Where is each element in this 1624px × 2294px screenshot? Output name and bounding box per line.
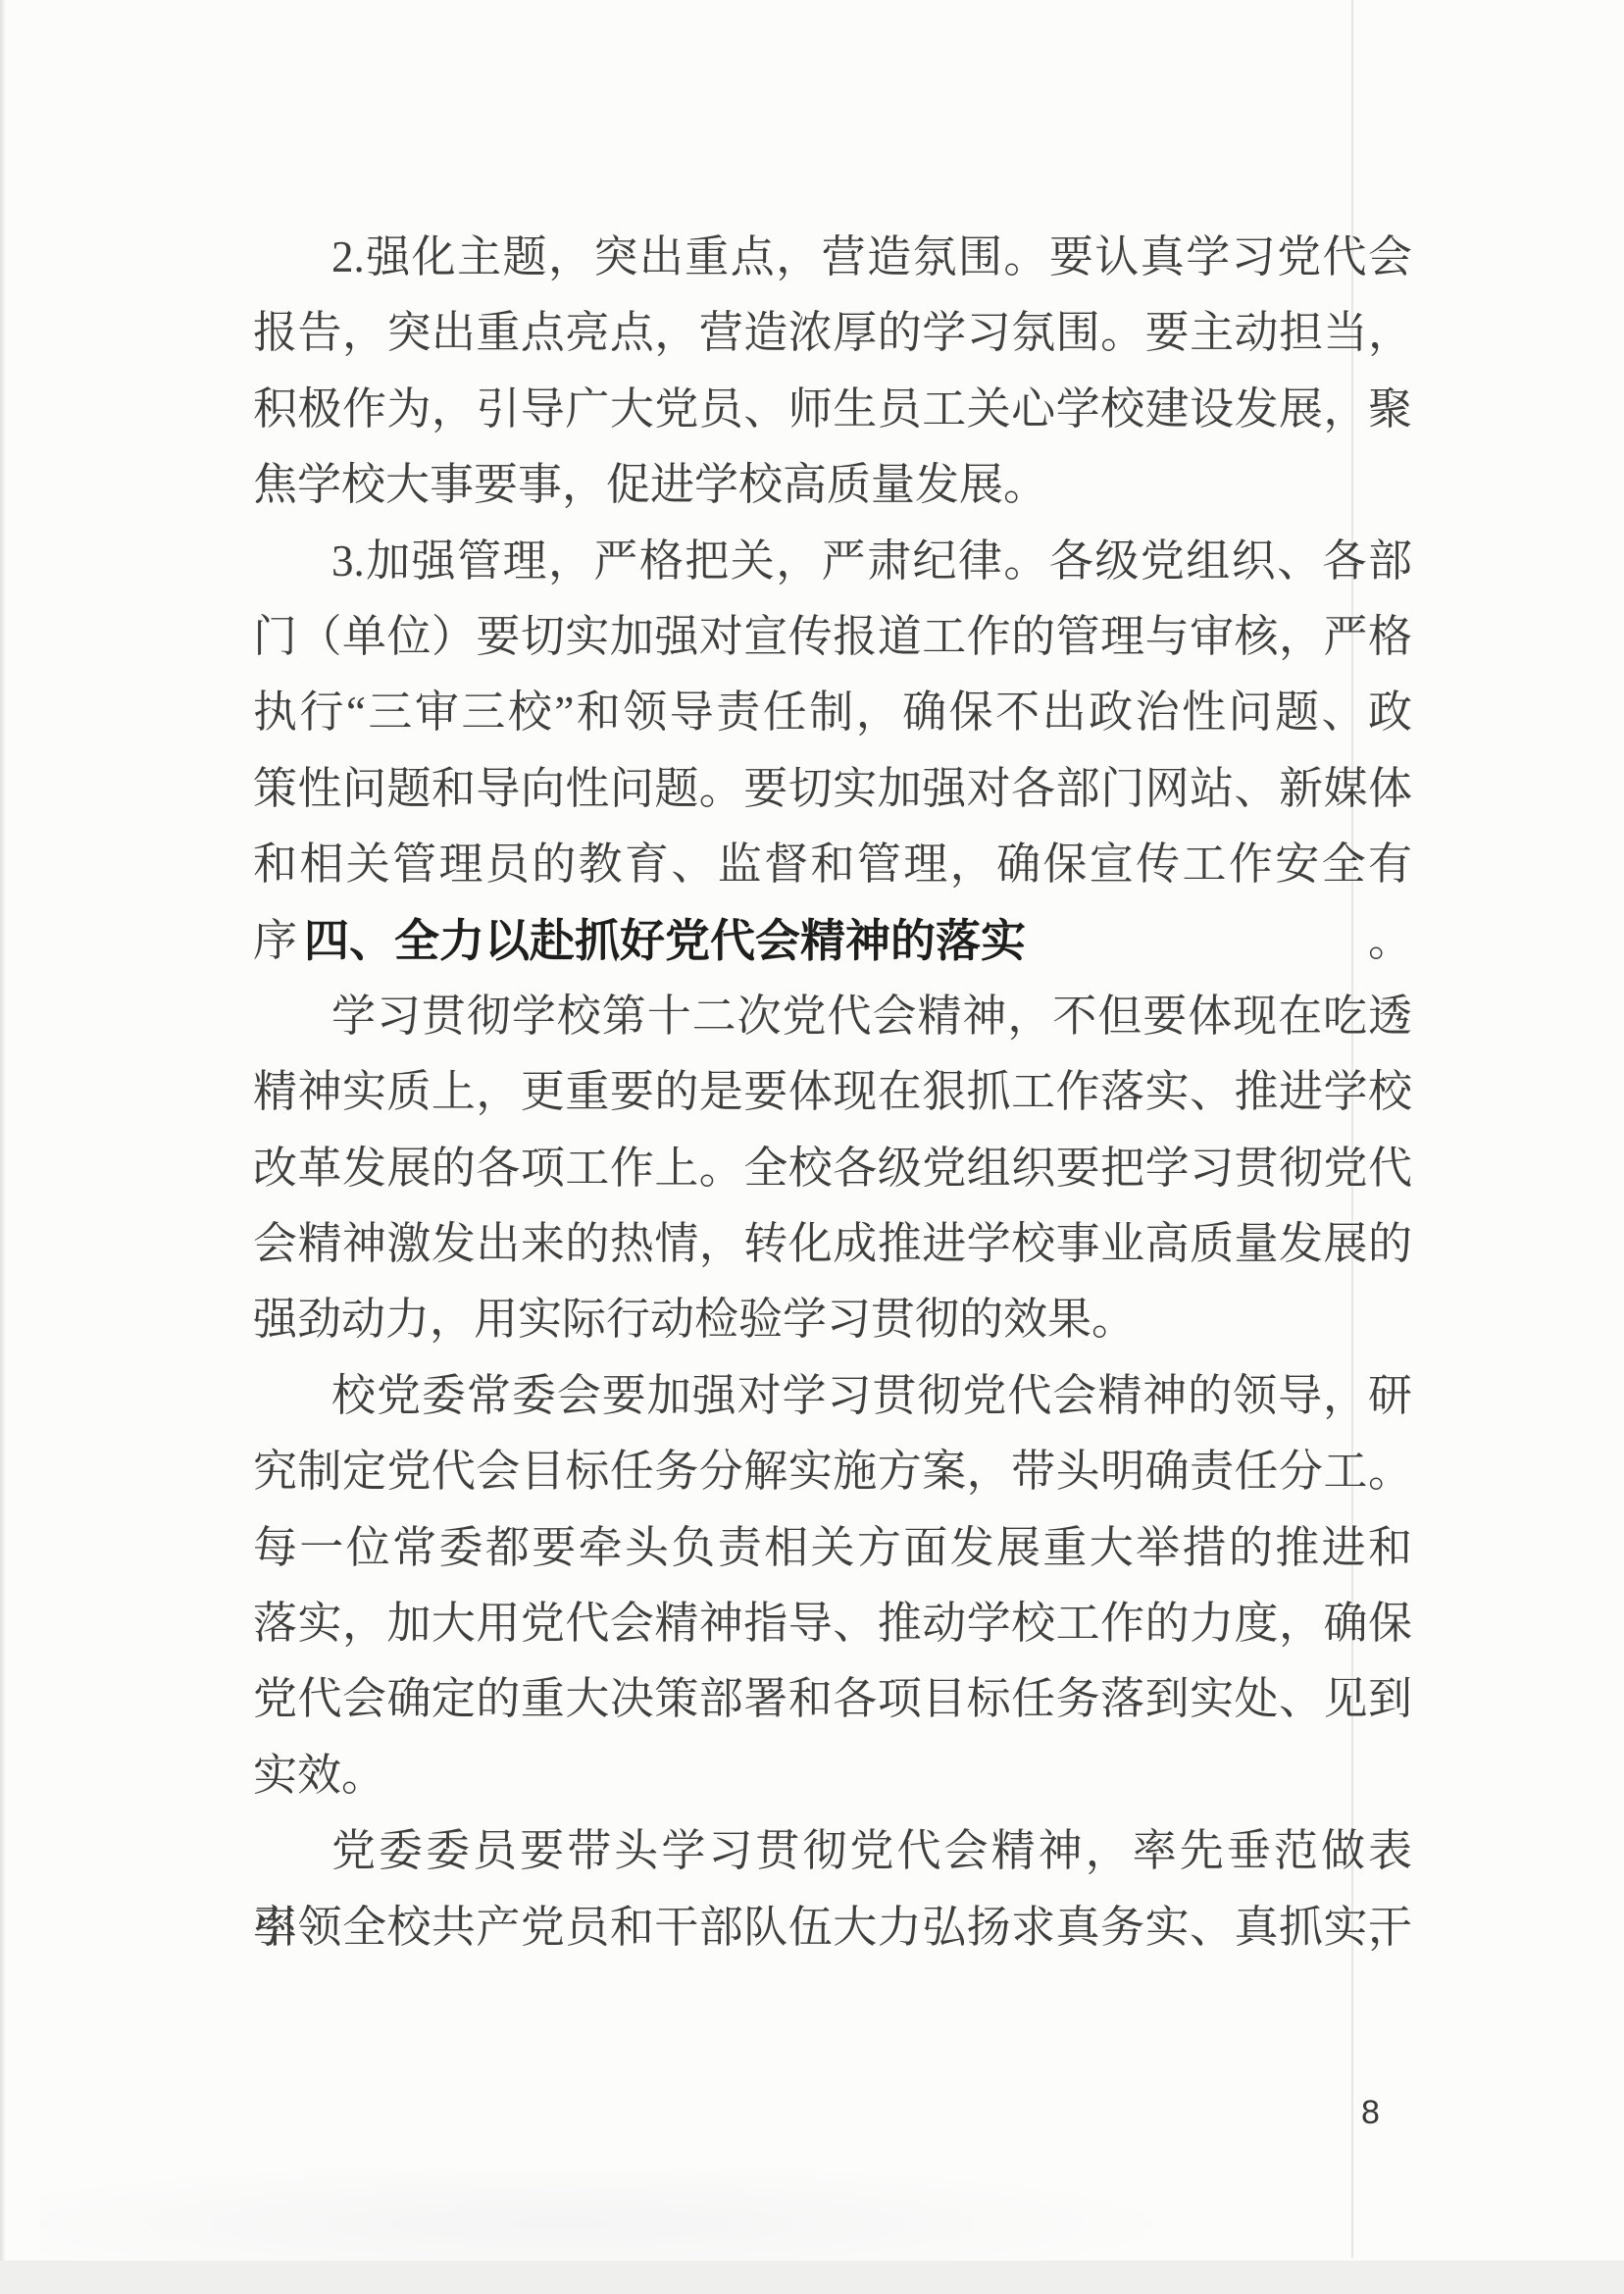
body-line: 执行“三审三校”和领导责任制，确保不出政治性问题、政 <box>253 675 1412 750</box>
body-line: 积极作为，引导广大党员、师生员工关心学校建设发展，聚 <box>253 372 1412 447</box>
body-line: 实效。 <box>253 1738 1412 1813</box>
body-line: 策性问题和导向性问题。要切实加强对各部门网站、新媒体 <box>253 751 1412 827</box>
body-line: 门（单位）要切实加强对宣传报道工作的管理与审核，严格 <box>253 599 1412 675</box>
body-line: 落实，加大用党代会精神指导、推动学校工作的力度，确保 <box>253 1586 1412 1661</box>
body-line: 究制定党代会目标任务分解实施方案，带头明确责任分工。 <box>253 1434 1412 1509</box>
body-line: 报告，突出重点亮点，营造浓厚的学习氛围。要主动担当， <box>253 295 1412 371</box>
document-body: 2.强化主题，突出重点，营造氛围。要认真学习党代会 报告，突出重点亮点，营造浓厚… <box>253 220 1412 1965</box>
body-line: 每一位常委都要牵头负责相关方面发展重大举措的推进和 <box>253 1510 1412 1586</box>
scan-edge-shadow <box>0 0 6 2294</box>
scan-texture <box>39 2163 1196 2266</box>
body-line: 学习贯彻学校第十二次党代会精神，不但要体现在吃透 <box>253 979 1412 1054</box>
body-line: 2.强化主题，突出重点，营造氛围。要认真学习党代会 <box>253 220 1412 295</box>
body-line: 党代会确定的重大决策部署和各项目标任务落到实处、见到 <box>253 1661 1412 1737</box>
body-line: 强劲动力，用实际行动检验学习贯彻的效果。 <box>253 1282 1412 1357</box>
body-line: 党委委员要带头学习贯彻党代会精神，率先垂范做表率， <box>253 1813 1412 1889</box>
page-number: 8 <box>1361 2091 1430 2134</box>
body-line: 改革发展的各项工作上。全校各级党组织要把学习贯彻党代 <box>253 1131 1412 1206</box>
body-line: 精神实质上，更重要的是要体现在狠抓工作落实、推进学校 <box>253 1054 1412 1130</box>
body-line: 3.加强管理，严格把关，严肃纪律。各级党组织、各部 <box>253 524 1412 599</box>
body-line: 会精神激发出来的热情，转化成推进学校事业高质量发展的 <box>253 1206 1412 1282</box>
body-line: 引领全校共产党员和干部队伍大力弘扬求真务实、真抓实干 <box>253 1890 1412 1965</box>
body-line: 和相关管理员的教育、监督和管理，确保宣传工作安全有序。 <box>253 827 1412 902</box>
scanned-document-page: 2.强化主题，突出重点，营造氛围。要认真学习党代会 报告，突出重点亮点，营造浓厚… <box>0 0 1624 2294</box>
body-line: 焦学校大事要事，促进学校高质量发展。 <box>253 447 1412 523</box>
body-line: 校党委常委会要加强对学习贯彻党代会精神的领导，研 <box>253 1358 1412 1434</box>
scan-bottom-edge <box>0 2261 1624 2294</box>
